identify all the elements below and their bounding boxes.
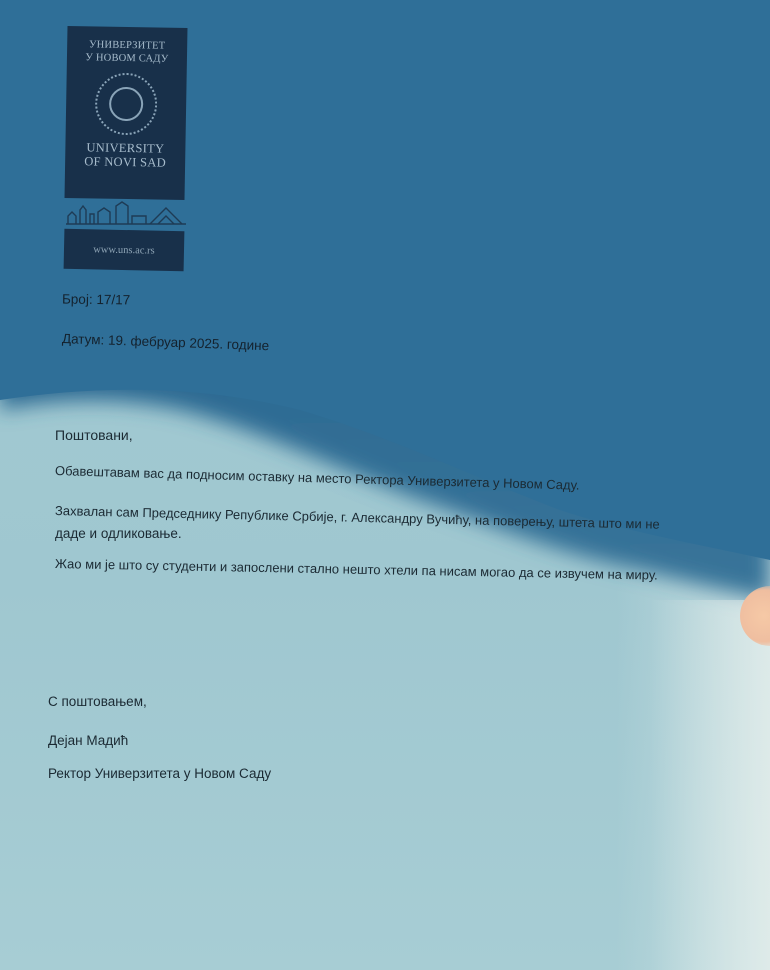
logo-cyrillic-line2: У НОВОМ САДУ <box>67 51 187 66</box>
light-glare <box>650 600 770 970</box>
logo-latin-name: UNIVERSITY OF NOVI SAD <box>65 140 185 170</box>
paragraph-thanks-line2: даде и одликовање. <box>55 526 182 541</box>
website-banner: www.uns.ac.rs <box>64 229 185 272</box>
letter-page: УНИВЕРЗИТЕТ У НОВОМ САДУ UNIVERSITY OF N… <box>0 0 770 970</box>
university-seal-icon <box>95 72 158 135</box>
signer-name: Дејан Мадић <box>48 733 128 748</box>
paragraph-resignation: Обавештавам вас да подносим оставку на м… <box>55 463 580 493</box>
greeting: Поштовани, <box>55 427 133 443</box>
signer-title: Ректор Универзитета у Новом Саду <box>48 766 271 781</box>
city-skyline-icon <box>66 200 186 226</box>
paper-edge <box>0 0 770 3</box>
logo-cyrillic-name: УНИВЕРЗИТЕТ У НОВОМ САДУ <box>67 38 187 66</box>
website-text: www.uns.ac.rs <box>93 244 155 256</box>
university-logo: УНИВЕРЗИТЕТ У НОВОМ САДУ UNIVERSITY OF N… <box>65 26 188 200</box>
document-number: Број: 17/17 <box>62 292 130 308</box>
closing: С поштовањем, <box>48 694 147 709</box>
logo-latin-line2: OF NOVI SAD <box>65 154 185 170</box>
document-date: Датум: 19. фебруар 2025. године <box>62 331 270 353</box>
paragraph-regret: Жао ми је што су студенти и запослени ст… <box>55 556 658 583</box>
